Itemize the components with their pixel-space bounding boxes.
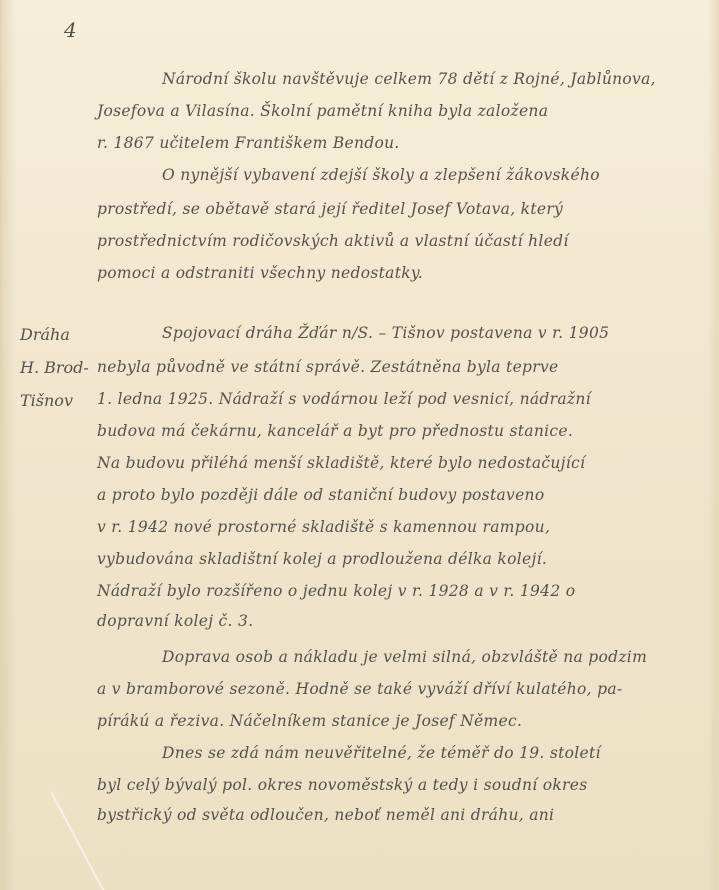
text-line: byl celý bývalý pol. okres novoměstský a…	[97, 778, 588, 794]
text-line: O nynější vybavení zdejší školy a zlepše…	[162, 168, 600, 184]
text-line: pírákú a řeziva. Náčelníkem stanice je J…	[97, 714, 522, 730]
text-line: Dnes se zdá nám neuvěřitelné, že téměř d…	[162, 746, 601, 762]
text-line: r. 1867 učitelem Františkem Bendou.	[97, 136, 400, 152]
text-line: nebyla původně ve státní správě. Zestátn…	[97, 360, 559, 376]
text-line: Na budovu přiléhá menší skladiště, které…	[97, 456, 585, 472]
text-line: Národní školu navštěvuje celkem 78 dětí …	[162, 72, 656, 88]
text-line: Spojovací dráha Žďár n/S. – Tišnov posta…	[162, 326, 609, 342]
text-line: 1. ledna 1925. Nádraží s vodárnou leží p…	[97, 392, 591, 408]
text-line: Josefova a Vilasína. Školní pamětní knih…	[97, 104, 548, 120]
text-line: dopravní kolej č. 3.	[97, 614, 253, 630]
document-page: 4 Dráha H. Brod- Tišnov Národní školu na…	[0, 0, 719, 890]
text-line: a v bramborové sezoně. Hodně se také vyv…	[97, 682, 622, 698]
text-line: v r. 1942 nové prostorné skladiště s kam…	[97, 520, 550, 536]
margin-note-line: Dráha	[20, 318, 89, 351]
text-line: a proto bylo později dále od staniční bu…	[97, 488, 544, 504]
text-line: prostřednictvím rodičovských aktivů a vl…	[97, 234, 569, 250]
text-line: Doprava osob a nákladu je velmi silná, o…	[162, 650, 647, 666]
margin-note-line: Tišnov	[20, 384, 89, 417]
text-line: pomoci a odstraniti všechny nedostatky.	[97, 266, 423, 282]
text-line: Nádraží bylo rozšířeno o jednu kolej v r…	[97, 584, 575, 600]
text-line: bystřický od světa odloučen, neboť neměl…	[97, 808, 554, 824]
text-line: budova má čekárnu, kancelář a byt pro př…	[97, 424, 573, 440]
text-line: prostředí, se obětavě stará její ředitel…	[97, 202, 563, 218]
text-line: vybudována skladištní kolej a prodloužen…	[97, 552, 547, 568]
margin-note-line: H. Brod-	[20, 351, 89, 384]
margin-note: Dráha H. Brod- Tišnov	[20, 318, 89, 417]
page-number: 4	[64, 18, 77, 42]
